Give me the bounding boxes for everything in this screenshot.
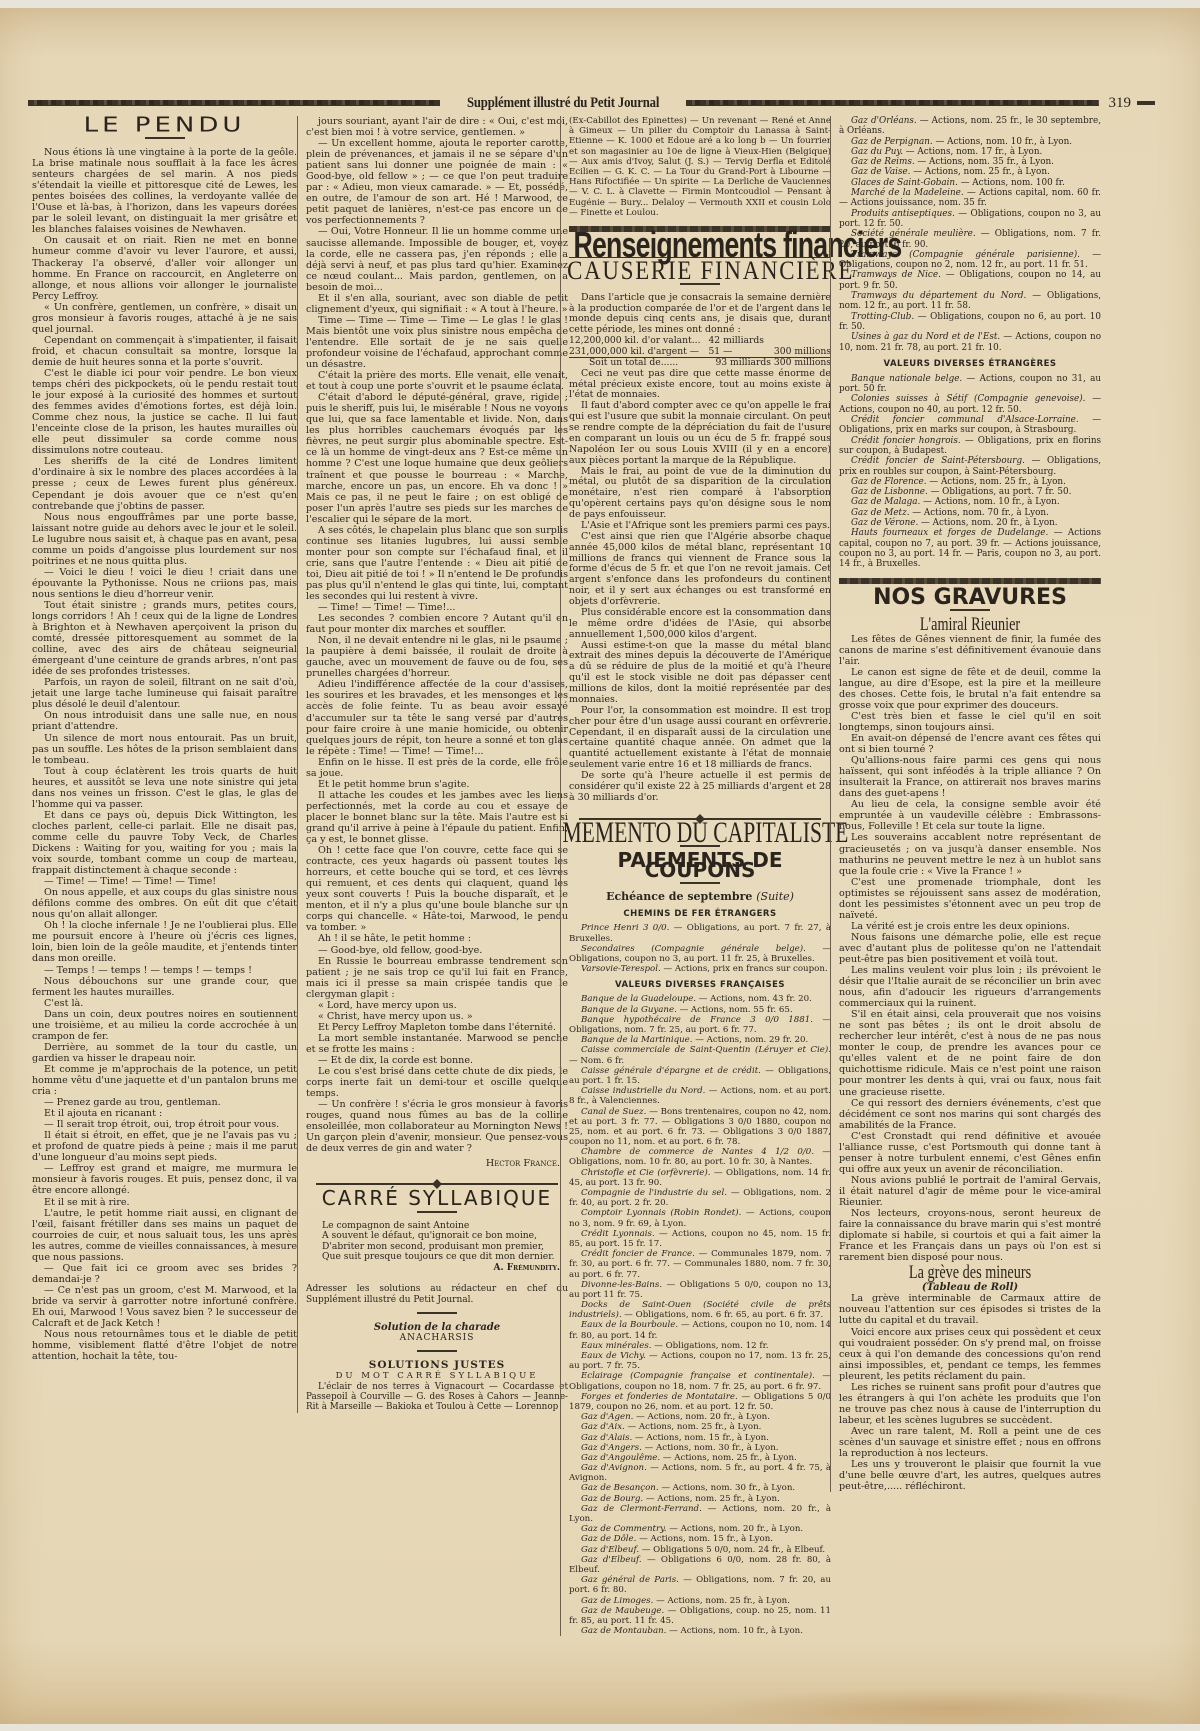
masthead: Supplément illustré du Petit Journal 319 — [28, 92, 1155, 114]
solutions-justes-list: L'éclair de nos terres à Vignacourt — Co… — [306, 1382, 568, 1413]
listing-entry: Tramways (Compagnie générale parisienne)… — [839, 250, 1101, 271]
paragraph: On causait et on riait. Rien ne met en b… — [32, 235, 297, 301]
listing-entry: Trotting-Club. — Obligations, coupon no … — [839, 312, 1101, 333]
security-name: Gaz de Metz. — [851, 508, 910, 518]
listing-entry: Gaz d'Elbeuf. — Obligations 5 0/0, nom. … — [569, 1545, 831, 1555]
echeance-label: Echéance de septembre — [606, 890, 752, 903]
article-title-greve-des-mineurs: La grève des mineurs — [872, 1267, 1069, 1278]
listing-entry: Gaz de Vaise. — Actions, nom. 25 fr., à … — [839, 167, 1101, 177]
listing-section-heading: VALEURS DIVERSES FRANÇAISES — [569, 980, 831, 990]
paragraph: Les uns y trouveront le plaisir que four… — [839, 1459, 1101, 1492]
paragraph: — Et de dix, la corde est bonne. — [306, 1055, 568, 1066]
security-name: Gaz d'Aix. — [581, 1422, 625, 1432]
paragraph: La mort semble instantanée. Marwood se p… — [306, 1033, 568, 1055]
le-pendu-body-part2: jours souriant, ayant l'air de dire : « … — [306, 116, 568, 1154]
listing-entry: Chambre de commerce de Nantes 4 1/2 0/0.… — [569, 1147, 831, 1167]
paragraph: — Il serait trop étroit, oui, trop étroi… — [32, 1119, 297, 1130]
listing-entry: Secondaires (Compagnie générale belge). … — [569, 944, 831, 964]
listing-entry: Gaz de Lisbonne. — Obligations, au port.… — [839, 487, 1101, 497]
production-value-a: 51 — — [708, 347, 768, 358]
security-name: Banque de la Guadeloupe. — [581, 994, 696, 1004]
page-number: 319 — [1099, 95, 1138, 112]
security-name: Colonies suisses à Sétif (Compagnie gene… — [851, 394, 1085, 404]
listing-entry: Gaz d'Orléans. — Actions, nom. 25 fr., l… — [839, 116, 1101, 137]
divider — [417, 1312, 457, 1314]
paragraph: Plus considérable encore est la consomma… — [569, 608, 831, 641]
title-divider — [145, 137, 185, 139]
paragraph: Ce qui ressort des derniers événements, … — [839, 1098, 1101, 1131]
listing-entry: Gaz de Florence. — Actions, nom. 25 fr.,… — [839, 477, 1101, 487]
listing-entry: Caisse commerciale de Saint-Quentin (Lér… — [569, 1045, 831, 1065]
paragraph: Oh ! cette face que l'on couvre, cette f… — [306, 845, 568, 933]
paragraph: Et dans ce pays où, depuis Dick Wittingt… — [32, 810, 297, 876]
paragraph: Time — Time — Time — Time — Le glas ! le… — [306, 315, 568, 370]
paragraph: C'est très bien et fasse le ciel qu'il e… — [839, 711, 1101, 733]
amiral-rieunier-body: Les fêtes de Gênes viennent de finir, la… — [839, 634, 1101, 1264]
listing-entry: Gaz d'Avignon. — Actions, nom. 5 fr., au… — [569, 1463, 831, 1483]
security-name: Gaz de Limoges. — [581, 1596, 653, 1606]
listing-entry: Gaz d'Elbeuf. — Obligations 6 0/0, nom. … — [569, 1555, 831, 1575]
paragraph: — Ce n'est pas un groom, c'est M. Marwoo… — [32, 1285, 297, 1329]
paragraph: — Que fait ici ce groom avec ses brides … — [32, 1263, 297, 1285]
security-name: Banque de la Martinique. — [581, 1035, 693, 1045]
solutions-justes-title: SOLUTIONS JUSTES — [306, 1360, 568, 1371]
coupon-listings: CHEMINS DE FER ÉTRANGERSPrince Henri 3 0… — [569, 909, 831, 1636]
paragraph: « Un confrère, gentlemen, un confrère, »… — [32, 302, 297, 335]
listing-entry: Comptoir Lyonnais (Robin Rondet). — Acti… — [569, 1208, 831, 1228]
paragraph: jours souriant, ayant l'air de dire : « … — [306, 116, 568, 138]
listing-entry: Banque de la Martinique. — Actions, nom.… — [569, 1035, 831, 1045]
security-name: Eaux de Vichy. — [581, 1351, 646, 1361]
listing-entry: Eaux minérales. — Obligations, nom. 12 f… — [569, 1341, 831, 1351]
security-name: Gaz de Clermont-Ferrand. — [581, 1504, 702, 1514]
paper-stain — [700, 1688, 1200, 1728]
listing-entry: Gaz de Maubeuge. — Obligations, coup. no… — [569, 1606, 831, 1626]
listing-entry: Varsovie-Terespol. — Actions, prix en fr… — [569, 964, 831, 974]
listing-entry: Banque nationale belge. — Actions, coupo… — [839, 374, 1101, 395]
security-name: Gaz de Reims. — [851, 157, 915, 167]
ornamental-divider — [316, 1183, 558, 1185]
listing-entry: Eaux de la Bourboule. — Actions, coupon … — [569, 1320, 831, 1340]
listing-entry: Tramways du département du Nord. — Oblig… — [839, 291, 1101, 312]
listing-entry: Gaz de Reims. — Actions, nom. 35 fr., à … — [839, 157, 1101, 167]
listing-entry: Gaz de Besançon. — Actions, nom. 30 fr.,… — [569, 1483, 831, 1493]
paragraph: La vérité est je crois entre les deux op… — [839, 921, 1101, 932]
security-name: Gaz de Florence. — [851, 477, 927, 487]
listing-entry: Canal de Suez. — Bons trentenaires, coup… — [569, 1107, 831, 1148]
paragraph: Nos lecteurs, croyons-nous, seront heure… — [839, 1208, 1101, 1263]
paragraph: De sorte qu'à l'heure actuelle il est pe… — [569, 771, 831, 804]
carre-syllabique-title: CARRÉ SYLLABIQUE — [306, 1193, 568, 1204]
paragraph: En avait-on dépensé de l'encre avant ces… — [839, 733, 1101, 755]
security-name: Marché de la Madeleine. — [851, 188, 964, 198]
paragraph: Un silence de mort nous entourait. Pas u… — [32, 733, 297, 766]
paragraph: Il faut d'abord compter avec ce qu'on ap… — [569, 401, 831, 466]
paragraph: C'était d'abord le député-général, grave… — [306, 392, 568, 525]
paiements-coupons-title: PAIEMENTS DE COUPONS — [569, 855, 831, 877]
paragraph: Les secondes ? combien encore ? Autant q… — [306, 613, 568, 635]
security-name: Banque nationale belge. — [851, 374, 962, 384]
listing-entry: Eclairage (Compagnie française et contin… — [569, 1371, 831, 1391]
listing-entry: Compagnie de l'industrie du sel. — Oblig… — [569, 1188, 831, 1208]
submission-notice: Adresser les solutions au rédacteur en c… — [306, 1284, 568, 1306]
charade-solution-title: Solution de la charade — [306, 1322, 568, 1333]
nos-gravures-title: NOS GRAVURES — [839, 592, 1101, 603]
paragraph: Qu'allions-nous faire parmi ces gens qui… — [839, 755, 1101, 799]
listing-entry: Colonies suisses à Sétif (Compagnie gene… — [839, 394, 1101, 415]
listing-entry: Gaz d'Angers. — Actions, nom. 30 fr., à … — [569, 1443, 831, 1453]
listing-entry: Prince Henri 3 0/0. — Obligations, au po… — [569, 923, 831, 943]
paragraph: Ah ! il se hâte, le petit homme : — [306, 933, 568, 944]
paragraph: Le canon est signe de fête et de deuil, … — [839, 667, 1101, 711]
paragraph: — Good-bye, old fellow, good-bye. — [306, 945, 568, 956]
security-name: Gaz d'Elbeuf. — [581, 1545, 639, 1555]
listing-entry: Usines à gaz du Nord et de l'Est. — Acti… — [839, 332, 1101, 353]
security-name: Forges et fonderies de Montataire. — [581, 1392, 738, 1402]
security-name: Canal de Suez. — [581, 1107, 646, 1117]
security-name: Crédit Lyonnais. — [581, 1229, 655, 1239]
paragraph: Au lieu de cela, la consigne semble avoi… — [839, 799, 1101, 832]
renseignements-banner: Renseignements financiers — [573, 240, 826, 251]
paragraph: Il était si étroit, en effet, que je ne … — [32, 1130, 297, 1163]
listing-entry: Crédit foncier de Saint-Pétersbourg. — O… — [839, 456, 1101, 477]
listing-section-heading: CHEMINS DE FER ÉTRANGERS — [569, 909, 831, 919]
security-name: Gaz d'Angoulême. — [581, 1453, 660, 1463]
security-name: Glaces de Saint-Gobain. — [851, 178, 958, 188]
security-name: Gaz d'Agen. — [581, 1412, 633, 1422]
security-name: Hauts fourneaux et forges de Dudelange. — [851, 528, 1048, 538]
foreign-securities-heading: VALEURS DIVERSES ÉTRANGÈRES — [839, 359, 1101, 370]
security-name: Gaz de Bourg. — [581, 1494, 643, 1504]
paragraph: Et il se mit à rire. — [32, 1197, 297, 1208]
listing-entry: Gaz d'Alais. — Actions, nom. 15 fr., à L… — [569, 1433, 831, 1443]
echeance-heading: Echéance de septembre (Suite) — [569, 892, 831, 903]
verse-line: Que suit presque toujours ce que dit mon… — [322, 1252, 568, 1263]
security-name: Gaz d'Angers. — [581, 1443, 642, 1453]
causerie-intro: Dans l'article que je consacrais la sema… — [569, 293, 831, 337]
paragraph: Pour l'or, la consommation est moindre. … — [569, 706, 831, 771]
paragraph: Nous nous retournâmes tous et le diable … — [32, 1329, 297, 1362]
paragraph: La grève interminable de Carmaux attire … — [839, 1293, 1101, 1326]
paragraph: — Voici le dieu ! voici le dieu ! criait… — [32, 567, 297, 600]
security-name: Gaz de Montauban. — [581, 1626, 666, 1636]
security-name: Gaz général de Paris. — [581, 1575, 679, 1585]
listing-entry: Banque de la Guyane. — Actions, nom. 55 … — [569, 1005, 831, 1015]
title-divider — [417, 1211, 457, 1213]
paragraph: Mais le frai, au point de vue de la dimi… — [569, 467, 831, 521]
paragraph: Et comme je m'approchais de la potence, … — [32, 1064, 297, 1097]
security-name: Gaz de Dôle. — [581, 1534, 636, 1544]
listing-entry: Gaz d'Aix. — Actions, nom. 25 fr., à Lyo… — [569, 1422, 831, 1432]
security-name: Chambre de commerce de Nantes 4 1/2 0/0. — [581, 1147, 814, 1157]
listing-entry: Banque de la Guadeloupe. — Actions, nom.… — [569, 994, 831, 1004]
section-rule — [839, 578, 1101, 584]
listing-entry: Forges et fonderies de Montataire. — Obl… — [569, 1392, 831, 1412]
paragraph: Les malins veulent voir plus loin ; ils … — [839, 965, 1101, 1009]
paragraph: Oh ! la cloche infernale ! Je ne l'oubli… — [32, 920, 297, 964]
listing-entry: Gaz de Dôle. — Actions, nom. 15 fr., à L… — [569, 1534, 831, 1544]
listing-entry: Gaz de Montauban. — Actions, nom. 10 fr.… — [569, 1626, 831, 1636]
paragraph: Dans un coin, deux poutres noires en sou… — [32, 1009, 297, 1042]
paragraph: Nous étions là une vingtaine à la porte … — [32, 147, 297, 235]
paragraph: Adieu l'indifférence affectée de la cour… — [306, 679, 568, 756]
paragraph: Enfin on le hisse. Il est près de la cor… — [306, 757, 568, 779]
paragraph: — Time! — Time! — Time!... — [306, 602, 568, 613]
paragraph: — Un confrère ! s'écria le gros monsieur… — [306, 1099, 568, 1154]
solutions-justes-subtitle: DU MOT CARRÉ SYLLABIQUE — [306, 1371, 568, 1382]
security-name: Gaz de Besançon. — [581, 1483, 659, 1493]
security-name: Caisse commerciale de Saint-Quentin (Lér… — [581, 1045, 831, 1055]
security-name: Crédit foncier communal d'Alsace-Lorrain… — [851, 415, 1079, 425]
security-name: Gaz d'Elbeuf. — [581, 1555, 642, 1565]
newspaper-page: Supplément illustré du Petit Journal 319… — [0, 8, 1200, 1724]
security-name: Banque hypothécaire de France 3 0/0 1881… — [581, 1015, 813, 1025]
security-name: Docks de Saint-Ouen (Société civile de p… — [569, 1300, 831, 1320]
security-name: Crédit foncier de Saint-Pétersbourg. — [851, 456, 1025, 466]
listing-entry: Gaz d'Agen. — Actions, nom. 20 fr., à Ly… — [569, 1412, 831, 1422]
listing-entry: Christofle et Cie (orfèvrerie). — Obliga… — [569, 1168, 831, 1188]
paragraph: Avec un rare talent, M. Roll a peint une… — [839, 1426, 1101, 1459]
paragraph: « Christ, have mercy upon us. » — [306, 1011, 568, 1022]
listing-entry: Gaz de Vérone. — Actions, nom. 20 fr., à… — [839, 518, 1101, 528]
paragraph: Derrière, au sommet de la tour du castle… — [32, 1042, 297, 1064]
paragraph: Ceci ne veut pas dire que cette masse én… — [569, 369, 831, 402]
riddle-verse: Le compagnon de saint AntoineA souvent l… — [322, 1221, 568, 1263]
listing-entry: Marché de la Madeleine. — Actions capita… — [839, 188, 1101, 209]
echeance-note: (Suite) — [756, 890, 794, 903]
security-name: Eclairage (Compagnie française et contin… — [581, 1371, 815, 1381]
paragraph: Il attache les coudes et les jambes avec… — [306, 790, 568, 845]
security-name: Varsovie-Terespol. — [581, 964, 661, 974]
paragraph: C'est une promenade triomphale, dont les… — [839, 877, 1101, 921]
masthead-rule-left — [28, 100, 440, 106]
listing-entry: Tramways de Nice. — Obligations, coupon … — [839, 270, 1101, 291]
paragraph: Nous nous engouffrâmes par une porte bas… — [32, 512, 297, 567]
listing-entry: Glaces de Saint-Gobain. — Actions, nom. … — [839, 178, 1101, 188]
publication-title: Supplément illustré du Petit Journal — [459, 95, 668, 112]
paragraph: Et il s'en alla, souriant, avec son diab… — [306, 293, 568, 315]
security-name: Gaz du Puy. — [851, 147, 903, 157]
causerie-title: CAUSERIE FINANCIÈRE — [567, 266, 833, 277]
listing-entry: Gaz de Clermont-Ferrand. — Actions, nom.… — [569, 1504, 831, 1524]
production-table: 12,200,000 kil. d'or valant...42 milliar… — [569, 336, 831, 369]
paragraph: Non, il ne devait entendre ni le glas, n… — [306, 635, 568, 679]
greve-des-mineurs-body: La grève interminable de Carmaux attire … — [839, 1293, 1101, 1492]
security-name: Usines à gaz du Nord et de l'Est. — [851, 332, 1000, 342]
listing-entry: Caisse industrielle du Nord. — Actions, … — [569, 1086, 831, 1106]
security-name: Secondaires (Compagnie générale belge). — [581, 944, 806, 954]
listing-entry: Gaz de Bourg. — Actions, nom. 25 fr., à … — [569, 1494, 831, 1504]
paragraph: — Temps ! — temps ! — temps ! — temps ! — [32, 965, 297, 976]
le-pendu-body-part1: Nous étions là une vingtaine à la porte … — [32, 147, 297, 1362]
article-title-amiral-rieunier: L'amiral Rieunier — [872, 619, 1069, 630]
security-name: Banque de la Guyane. — [581, 1005, 677, 1015]
security-name: Tramways du département du Nord. — [851, 291, 1026, 301]
article-author: Hector France. — [306, 1158, 560, 1169]
security-name: Tramways de Nice. — [851, 270, 941, 280]
paragraph: On nous introduisit dans une salle nue, … — [32, 710, 297, 732]
listing-entry: Gaz général de Paris. — Obligations, nom… — [569, 1575, 831, 1595]
security-name: Gaz d'Orléans. — [851, 116, 917, 126]
masthead-ornament — [1137, 101, 1155, 105]
listing-entry: Crédit foncier communal d'Alsace-Lorrain… — [839, 415, 1101, 436]
security-name: Gaz de Commentry. — [581, 1524, 667, 1534]
listing-entry: Banque hypothécaire de France 3 0/0 1881… — [569, 1015, 831, 1035]
listing-entry: Crédit foncier hongrois. — Obligations, … — [839, 436, 1101, 457]
security-name: Christofle et Cie (orfèvrerie). — [581, 1168, 711, 1178]
security-name: Eaux de la Bourboule. — [581, 1320, 678, 1330]
riddle-author: A. Frémundity. — [306, 1263, 560, 1274]
article-title-le-pendu: LE PENDU — [32, 121, 297, 130]
production-total-row: Soit un total de...... 93 milliards 300 … — [569, 358, 831, 369]
paragraph: Et Percy Leffroy Mapleton tombe dans l'é… — [306, 1022, 568, 1033]
security-name: Caisse générale d'épargne et de crédit. — [581, 1066, 761, 1076]
paragraph: — Un excellent homme, ajouta le reporter… — [306, 138, 568, 226]
security-name: Tramways (Compagnie générale parisienne)… — [851, 250, 1080, 260]
paragraph: On nous appelle, et aux coups du glas si… — [32, 887, 297, 920]
paragraph: Les sheriffs de la cité de Londres limit… — [32, 456, 297, 511]
security-name: Gaz de Perpignan. — [851, 137, 933, 147]
paragraph: En Russie le bourreau embrasse tendremen… — [306, 956, 568, 1000]
listing-entry: Gaz de Metz. — Actions, nom. 70 fr., à L… — [839, 508, 1101, 518]
verse-line: A souvent le défaut, qu'ignorait ce bon … — [322, 1231, 568, 1242]
coupon-listings-continued: Gaz d'Orléans. — Actions, nom. 25 fr., l… — [839, 116, 1101, 353]
title-divider — [680, 882, 720, 884]
paragraph: L'autre, le petit homme riait aussi, en … — [32, 1208, 297, 1263]
paragraph: — Leffroy est grand et maigre, me murmur… — [32, 1163, 297, 1196]
paragraph: Tout à coup éclatèrent les trois quarts … — [32, 766, 297, 810]
paragraph: Les riches se ruinent sans profit pour d… — [839, 1382, 1101, 1426]
security-name: Produits antiseptiques. — [851, 209, 955, 219]
paragraph: S'il en était ainsi, cela prouverait que… — [839, 1009, 1101, 1097]
security-name: Gaz de Lisbonne. — [851, 487, 928, 497]
security-name: Prince Henri 3 0/0. — [581, 923, 669, 933]
paragraph: A ses côtés, le chapelain plus blanc que… — [306, 525, 568, 602]
security-name: Gaz de Malaga. — [851, 497, 920, 507]
production-value-b: 300 millions — [769, 347, 831, 358]
listing-entry: Gaz de Malaga. — Actions, nom. 10 fr., à… — [839, 497, 1101, 507]
paragraph: Et il ajouta en ricanant : — [32, 1108, 297, 1119]
causerie-body: Ceci ne veut pas dire que cette masse én… — [569, 369, 831, 804]
paragraph: Tout était sinistre ; grands murs, petit… — [32, 600, 297, 677]
foreign-securities-list: Banque nationale belge. — Actions, coupo… — [839, 374, 1101, 570]
paragraph: — Prenez garde au trou, gentleman. — [32, 1097, 297, 1108]
solvers-list: (Ex-Cabillot des Epinettes) — Un revenan… — [569, 116, 831, 218]
listing-entry: Eaux de Vichy. — Actions, coupon no 17, … — [569, 1351, 831, 1371]
paragraph: Les fêtes de Gênes viennent de finir, la… — [839, 634, 1101, 667]
security-name: Gaz de Maubeuge. — [581, 1606, 664, 1616]
total-label: Soit un total de...... — [569, 358, 708, 369]
paragraph: — Time! — Time! — Time! — Time! — [32, 876, 297, 887]
divider — [417, 1350, 457, 1352]
charade-solution: ANACHARSIS — [306, 1333, 568, 1344]
paragraph: « Lord, have mercy upon us. — [306, 1000, 568, 1011]
total-value: 93 milliards 300 millions — [708, 358, 831, 369]
listing-entry: Gaz de Limoges. — Actions, nom. 25 fr., … — [569, 1596, 831, 1606]
security-name: Compagnie de l'industrie du sel. — [581, 1188, 727, 1198]
paragraph: C'est là. — [32, 998, 297, 1009]
listing-entry: Docks de Saint-Ouen (Société civile de p… — [569, 1300, 831, 1320]
security-name: Gaz de Vérone. — [851, 518, 918, 528]
security-name: Crédit foncier de France. — [581, 1249, 695, 1259]
listing-entry: Crédit foncier de France. — Communales 1… — [569, 1249, 831, 1280]
paragraph: — Oui, Votre Honneur. Il lie un homme co… — [306, 226, 568, 292]
column-4: Gaz d'Orléans. — Actions, nom. 25 fr., l… — [830, 116, 1101, 1492]
paragraph: Le cou s'est brisé dans cette chute de d… — [306, 1066, 568, 1099]
paragraph: Nous débouchons sur une grande cour, que… — [32, 976, 297, 998]
paragraph: C'est Cronstadt qui rend définitive et a… — [839, 1131, 1101, 1175]
listing-entry: Société générale meulière. — Obligations… — [839, 229, 1101, 250]
security-name: Trotting-Club. — [851, 312, 914, 322]
security-name: Gaz de Vaise. — [851, 167, 910, 177]
column-2: jours souriant, ayant l'air de dire : « … — [297, 116, 568, 1413]
listing-entry: Crédit Lyonnais. — Actions, coupon no 45… — [569, 1229, 831, 1249]
column-3: (Ex-Cabillot des Epinettes) — Un revenan… — [560, 116, 831, 1636]
paragraph: C'est ainsi que rien que l'Algérie absor… — [569, 532, 831, 608]
paragraph: Les souverains accablent notre représent… — [839, 832, 1101, 876]
paragraph: Et le petit homme brun s'agite. — [306, 779, 568, 790]
paragraph: Parfois, un rayon de soleil, filtrant on… — [32, 677, 297, 710]
security-name: Divonne-les-Bains. — [581, 1280, 662, 1290]
security-name: Société générale meulière. — [851, 229, 976, 239]
greve-subtitle: (Tableau de Roll) — [839, 1282, 1101, 1293]
listing-entry: Produits antiseptiques. — Obligations, c… — [839, 209, 1101, 230]
listing-entry: Gaz d'Angoulême. — Actions, nom. 25 fr.,… — [569, 1453, 831, 1463]
listing-entry: Hauts fourneaux et forges de Dudelange. … — [839, 528, 1101, 569]
paragraph: Aussi estime-t-on que la masse du métal … — [569, 641, 831, 706]
production-row: 231,000,000 kil. d'argent —51 —300 milli… — [569, 347, 831, 358]
paragraph: Cependant on commençait à s'impatienter,… — [32, 335, 297, 368]
security-name: Gaz d'Alais. — [581, 1433, 632, 1443]
production-label: 231,000,000 kil. d'argent — — [569, 347, 708, 358]
listing-entry: Divonne-les-Bains. — Obligations 5 0/0, … — [569, 1280, 831, 1300]
listing-entry: Gaz du Puy. — Actions, nom. 17 fr., à Ly… — [839, 147, 1101, 157]
paragraph: Nous avions publié le portrait de l'amir… — [839, 1175, 1101, 1208]
paragraph: C'est le diable ici pour voir pendre. Le… — [32, 368, 297, 456]
listing-entry: Gaz de Commentry. — Actions, nom. 20 fr.… — [569, 1524, 831, 1534]
security-name: Crédit foncier hongrois. — [851, 436, 961, 446]
paragraph: Nous faisons une démarche polie, elle es… — [839, 932, 1101, 965]
paragraph: Voici encore aux prises ceux qui possède… — [839, 1327, 1101, 1382]
memento-title: MEMENTO DU CAPITALISTE — [562, 828, 837, 839]
paragraph: C'était la prière des morts. Elle venait… — [306, 370, 568, 392]
security-name: Caisse industrielle du Nord. — [581, 1086, 705, 1096]
security-name: Comptoir Lyonnais (Robin Rondet). — [581, 1208, 741, 1218]
security-name: Eaux minérales. — [581, 1341, 652, 1351]
column-1: LE PENDU Nous étions là une vingtaine à … — [32, 116, 297, 1362]
masthead-rule-right — [686, 100, 1098, 106]
security-name: Gaz d'Avignon. — [581, 1463, 647, 1473]
listing-entry: Gaz de Perpignan. — Actions, nom. 10 fr.… — [839, 137, 1101, 147]
listing-entry: Caisse générale d'épargne et de crédit. … — [569, 1066, 831, 1086]
